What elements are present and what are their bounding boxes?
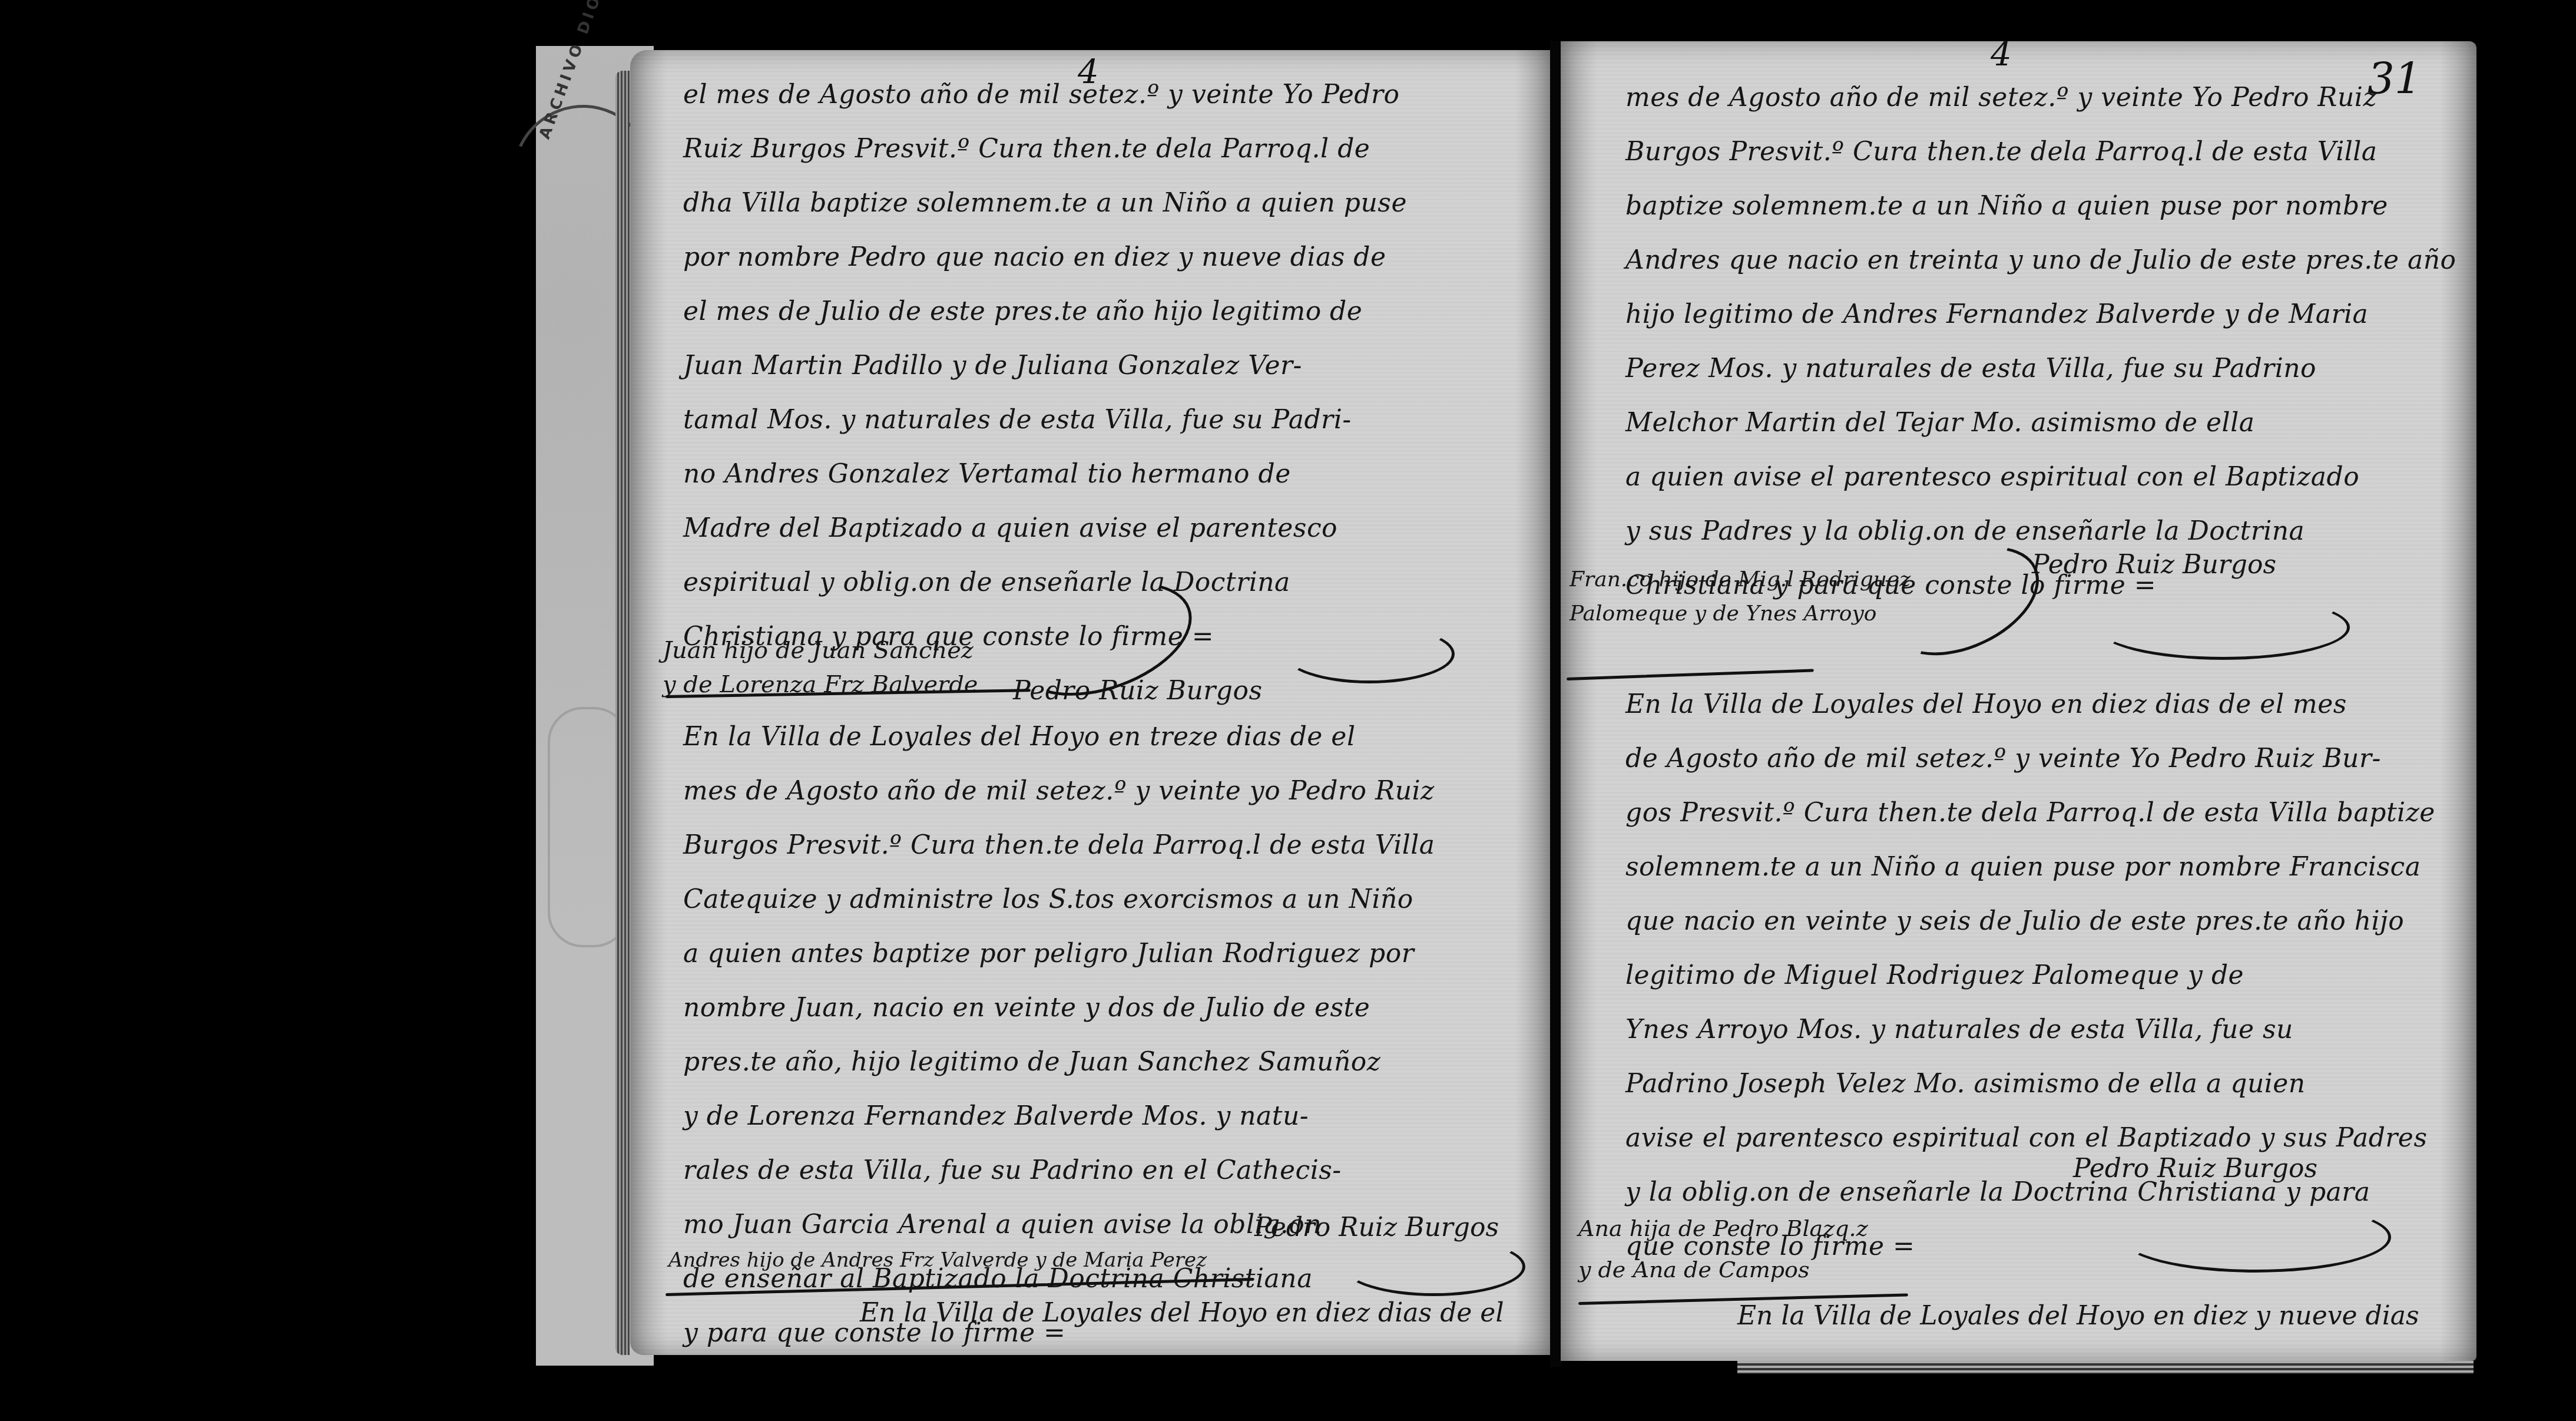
signature-rubric [1284,624,1455,683]
text-line: Padrino Joseph Velez Mo. asimismo de ell… [1625,1057,2468,1111]
text-line: tamal Mos. y naturales de esta Villa, fu… [683,393,1537,447]
next-entry-start: En la Villa de Loyales del Hoyo en diez … [1737,1299,2419,1333]
signature: Pedro Ruiz Burgos [2032,548,2276,582]
right-page-header-mark: 4 [1991,35,2012,74]
text-line: rales de esta Villa, fue su Padrino en e… [683,1144,1537,1198]
text-line: de Agosto año de mil setez.º y veinte Yo… [1625,732,2468,786]
margin-note-line: Juan hijo de Juan Sanchez [663,633,978,667]
margin-note-andres: Andres hijo de Andres Frz Valverde y de … [668,1243,1207,1277]
text-line: mes de Agosto año de mil setez.º y veint… [1625,71,2468,125]
text-line: hijo legitimo de Andres Fernandez Balver… [1625,287,2468,342]
margin-note-line: y de Ana de Campos [1578,1249,1868,1290]
text-line: avise el parentesco espiritual con el Ba… [1625,1111,2468,1165]
page-stack-edges [615,71,630,1355]
margin-note-francisca: Fran.co hijo de Mig.l Rodriguez Palomequ… [1570,563,1911,631]
text-line: En la Villa de Loyales del Hoyo en diez … [1625,678,2468,732]
text-line: En la Villa de Loyales del Hoyo en treze… [683,710,1537,764]
text-line: Melchor Martin del Tejar Mo. asimismo de… [1625,396,2468,450]
text-line: legitimo de Miguel Rodriguez Palomeque y… [1625,949,2468,1003]
text-line: no Andres Gonzalez Vertamal tio hermano … [683,447,1537,501]
signature: Pedro Ruiz Burgos [2073,1152,2317,1186]
text-line: Madre del Baptizado a quien avise el par… [683,501,1537,556]
text-line: mes de Agosto año de mil setez.º y veint… [683,764,1537,818]
margin-note-line: Palomeque y de Ynes Arroyo [1570,597,1911,631]
margin-note-ana: Ana hija de Pedro Blazq.z y de Ana de Ca… [1578,1208,1868,1290]
book-spine [1550,41,1562,1367]
text-line: a quien avise el parentesco espiritual c… [1625,450,2468,504]
text-line: pres.te año, hijo legitimo de Juan Sanch… [683,1035,1537,1089]
text-line: el mes de Julio de este pres.te año hijo… [683,285,1537,339]
text-line: Ynes Arroyo Mos. y naturales de esta Vil… [1625,1003,2468,1057]
right-page-entry-2: En la Villa de Loyales del Hoyo en diez … [1625,678,2468,1274]
text-line: Andres que nacio en treinta y uno de Jul… [1625,233,2468,287]
text-line: Burgos Presvit.º Cura then.te dela Parro… [1625,125,2468,179]
page-stack-bottom-edge [1737,1361,2474,1374]
signature-rubric [2120,1202,2391,1273]
right-page-entry-1: mes de Agosto año de mil setez.º y veint… [1625,71,2468,613]
text-line: nombre Juan, nacio en veinte y dos de Ju… [683,981,1537,1035]
next-entry-start: En la Villa de Loyales del Hoyo en diez … [860,1296,1504,1330]
margin-note-line: Fran.co hijo de Mig.l Rodriguez [1570,563,1911,597]
margin-note-line: Ana hija de Pedro Blazq.z [1578,1208,1868,1249]
text-line: el mes de Agosto año de mil setez.º y ve… [683,68,1537,122]
text-line: y de Lorenza Fernandez Balverde Mos. y n… [683,1089,1537,1144]
text-line: gos Presvit.º Cura then.te dela Parroq.l… [1625,786,2468,840]
text-line: solemnem.te a un Niño a quien puse por n… [1625,840,2468,894]
signature-rubric [2097,595,2350,660]
text-line: dha Villa baptize solemnem.te a un Niño … [683,176,1537,230]
text-line: a quien antes baptize por peligro Julian… [683,927,1537,981]
text-line: Catequize y administre los S.tos exorcis… [683,873,1537,927]
text-line: Burgos Presvit.º Cura then.te dela Parro… [683,818,1537,873]
text-line: Perez Mos. y naturales de esta Villa, fu… [1625,342,2468,396]
text-line: que nacio en veinte y seis de Julio de e… [1625,894,2468,949]
document-viewer: ARCHIVO DIOCES 4 el mes de Agosto año de… [0,0,2576,1421]
text-line: Ruiz Burgos Presvit.º Cura then.te dela … [683,122,1537,176]
signature-rubric [1343,1237,1525,1296]
text-line: baptize solemnem.te a un Niño a quien pu… [1625,179,2468,233]
text-line: por nombre Pedro que nacio en diez y nue… [683,230,1537,285]
text-line: Juan Martin Padillo y de Juliana Gonzale… [683,339,1537,393]
